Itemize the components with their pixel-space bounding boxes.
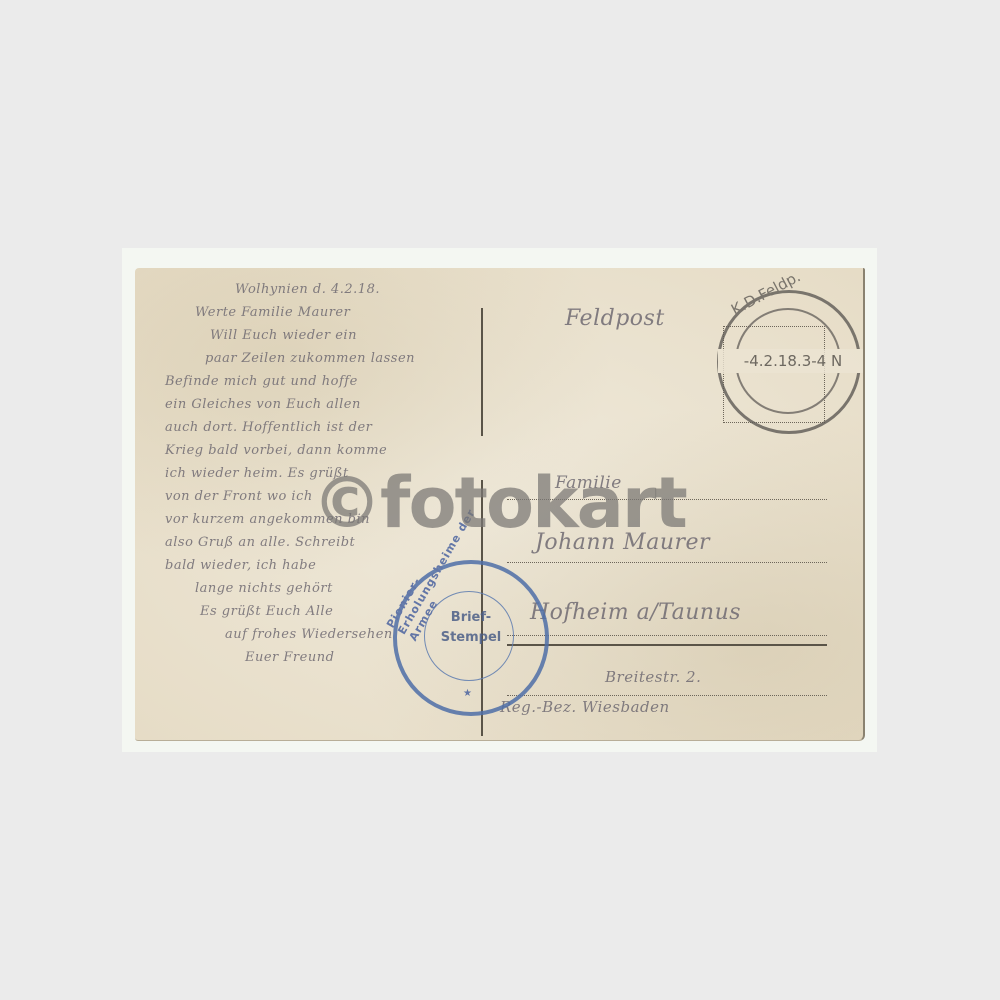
postmark: K.D.Feldp. -4.2.18.3-4 N [717,290,861,434]
watermark: ©fotokart [312,468,686,538]
message-line: ein Gleiches von Euch allen [165,393,475,416]
feldpost-label: Feldpost [565,306,665,331]
message-line: paar Zeilen zukommen lassen [205,347,475,370]
message-line: auch dort. Hoffentlich ist der [165,416,475,439]
address-underline [507,644,827,646]
divider-line [481,308,483,436]
message-line: Befinde mich gut und hoffe [165,370,475,393]
address-line [507,695,827,696]
message-line: Wolhynien d. 4.2.18. [235,278,475,301]
address-line [507,635,827,636]
message-line: Krieg bald vorbei, dann komme [165,439,475,462]
message-line: Werte Familie Maurer [195,301,475,324]
address-line-text: Hofheim a/Taunus [530,600,741,625]
address-line-text: Breitestr. 2. [605,668,701,686]
postmark-date: -4.2.18.3-4 N [718,349,865,373]
message-line: Will Euch wieder ein [210,324,475,347]
seal-center-line: Stempel [424,630,518,645]
brief-stempel-seal: Pionier-Erholungsheime der Armee Brief- … [393,560,549,716]
address-line [507,562,827,563]
address-line-text: Reg.-Bez. Wiesbaden [500,698,670,716]
seal-center-line: Brief- [424,610,518,625]
star-icon: ★ [463,688,472,699]
